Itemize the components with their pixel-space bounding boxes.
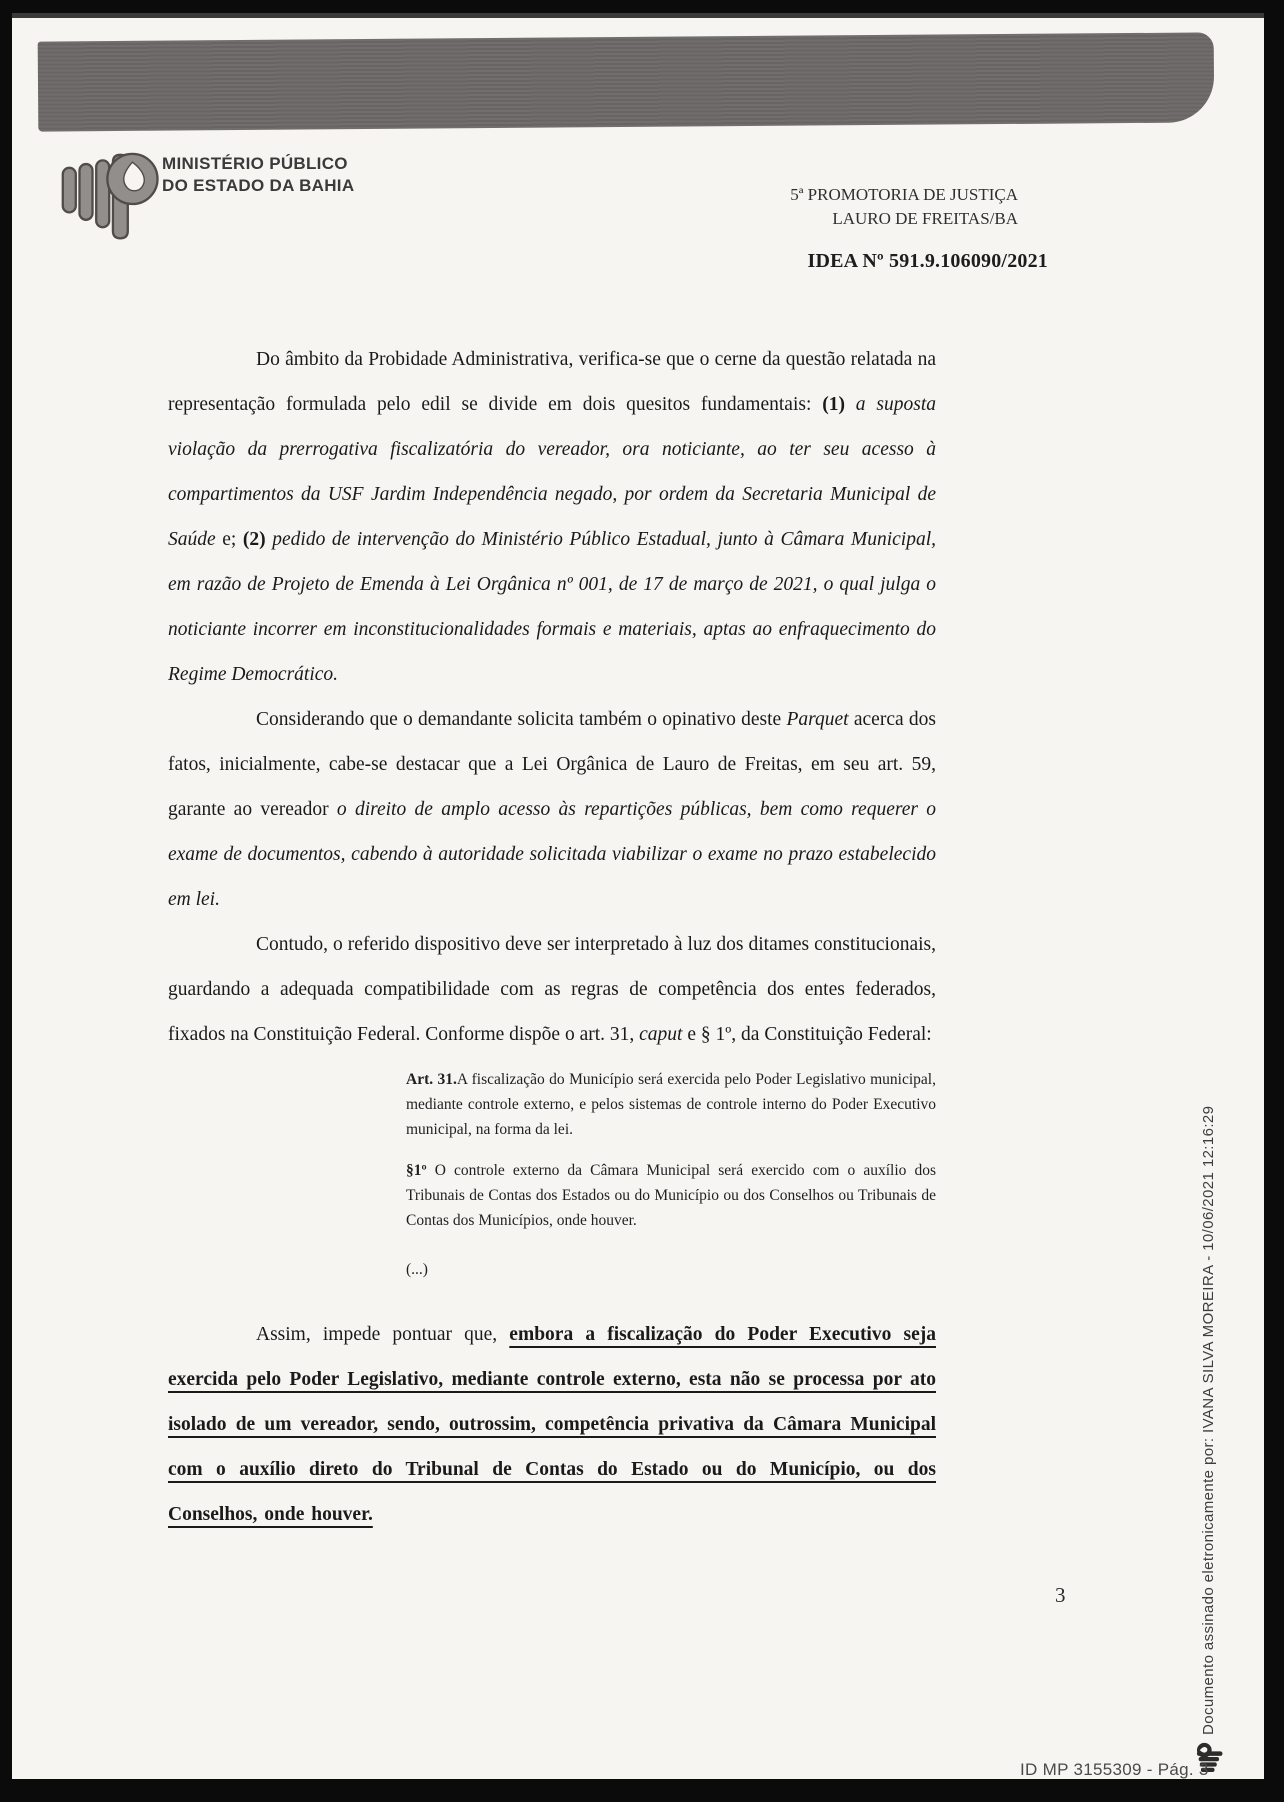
page-number: 3 [1055, 1583, 1066, 1608]
office-line2: LAURO DE FREITAS/BA [790, 207, 1018, 231]
text-segment: e; [216, 529, 243, 550]
text-segment: a suposta violação da prerrogativa fisca… [168, 394, 936, 550]
text-segment: (1) [822, 394, 845, 415]
paragraph-2: Considerando que o demandante solicita t… [168, 697, 936, 922]
electronic-signature-text: Documento assinado eletronicamente por: … [1200, 1023, 1218, 1735]
scan-frame: MINISTÉRIO PÚBLICO DO ESTADO DA BAHIA 5ª… [0, 0, 1284, 1802]
text-segment-emphasis: embora a fiscalização do Poder Executivo… [168, 1324, 936, 1525]
paragraph-3: Contudo, o referido dispositivo deve ser… [168, 922, 936, 1057]
quote-label: Art. 31. [406, 1071, 457, 1088]
text-segment: Considerando que o demandante solicita t… [256, 709, 786, 730]
text-segment: Do âmbito da Probidade Administrativa, v… [168, 349, 936, 415]
scanner-banner [38, 32, 1215, 131]
mp-logo-icon [60, 140, 164, 242]
quote-text: A fiscalização do Município será exercid… [406, 1071, 936, 1138]
text-segment: caput [639, 1024, 682, 1045]
quote-paragraph-1: §1º O controle externo da Câmara Municip… [406, 1158, 936, 1233]
text-segment: (2) [243, 529, 266, 550]
quote-ellipsis: (...) [406, 1257, 936, 1282]
office-heading: 5ª PROMOTORIA DE JUSTIÇA LAURO DE FREITA… [790, 183, 1018, 231]
document-id: ID MP 3155309 - Pág. 3 [1020, 1760, 1209, 1780]
organization-name: MINISTÉRIO PÚBLICO DO ESTADO DA BAHIA [162, 153, 354, 197]
text-segment: Assim, impede pontuar que, [256, 1324, 509, 1345]
text-segment: Parquet [786, 709, 848, 730]
paragraph-1: Do âmbito da Probidade Administrativa, v… [168, 337, 936, 697]
text-segment: e § 1º, da Constituição Federal: [682, 1024, 931, 1045]
paragraph-4: Assim, impede pontuar que, embora a fisc… [168, 1312, 936, 1537]
text-segment: pedido de intervenção do Ministério Públ… [168, 529, 936, 685]
quote-art-31: Art. 31.A fiscalização do Município será… [406, 1067, 936, 1142]
quote-label: §1º [406, 1162, 427, 1179]
document-body: Do âmbito da Probidade Administrativa, v… [168, 337, 936, 1537]
document-page: MINISTÉRIO PÚBLICO DO ESTADO DA BAHIA 5ª… [12, 13, 1264, 1779]
quote-text: O controle externo da Câmara Municipal s… [406, 1162, 936, 1229]
legal-quote-block: Art. 31.A fiscalização do Município será… [406, 1067, 936, 1282]
organization-name-line1: MINISTÉRIO PÚBLICO [162, 153, 354, 175]
office-line1: 5ª PROMOTORIA DE JUSTIÇA [790, 183, 1018, 207]
organization-name-line2: DO ESTADO DA BAHIA [162, 175, 354, 197]
idea-number: IDEA Nº 591.9.106090/2021 [807, 250, 1048, 273]
